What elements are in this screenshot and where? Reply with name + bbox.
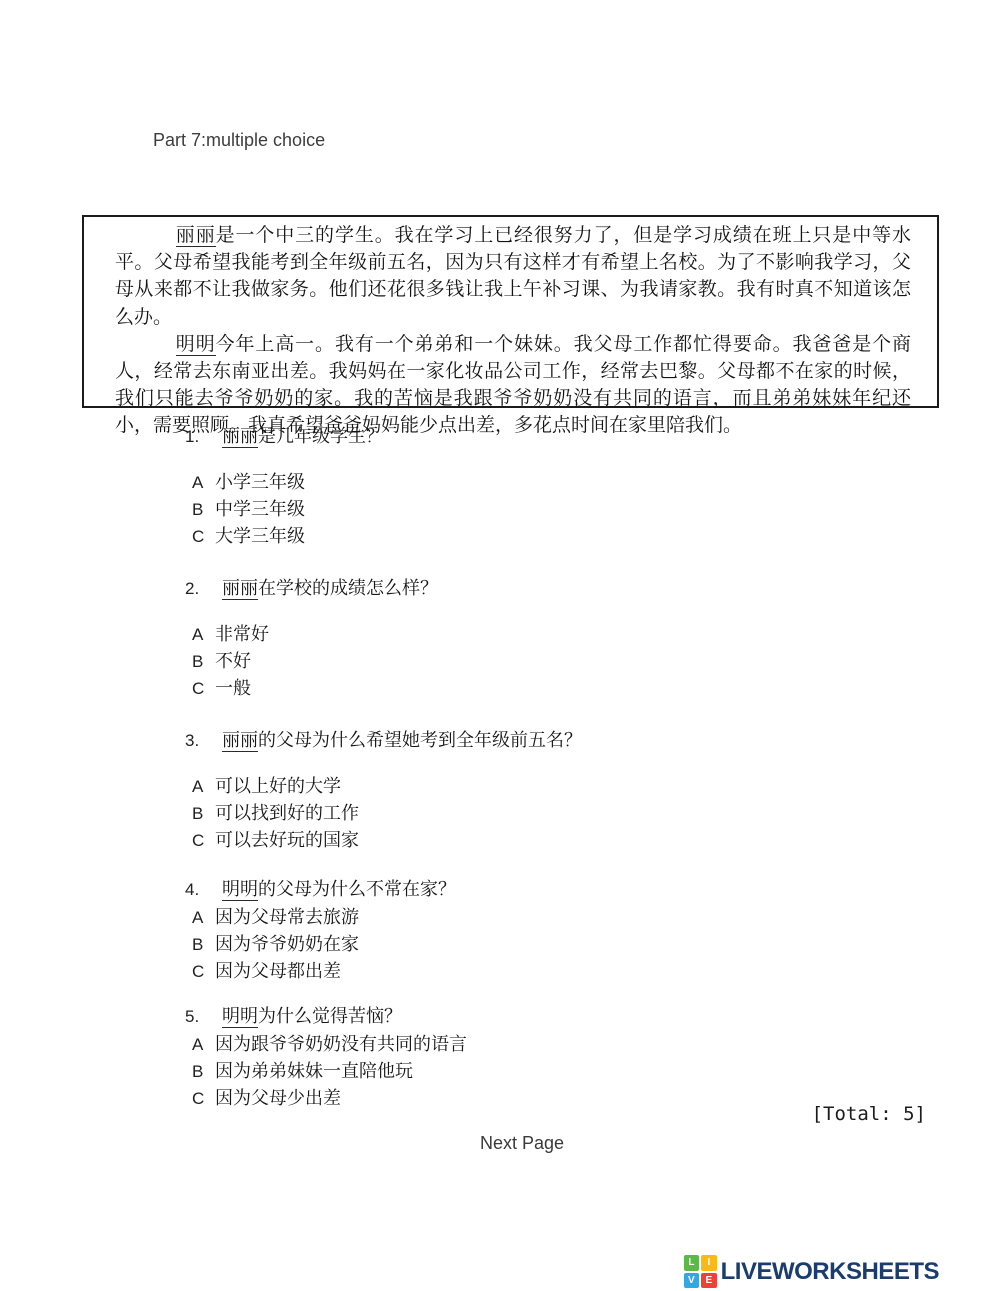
passage-name-lili: 丽丽	[176, 224, 216, 247]
question-4-option-a[interactable]: A 因为父母常去旅游	[192, 904, 825, 931]
question-1-option-c[interactable]: C 大学三年级	[192, 523, 825, 550]
question-3-number: 3.	[185, 728, 222, 754]
logo-square-v: V	[684, 1273, 700, 1289]
liveworksheets-logo[interactable]: L I V E LIVEWORKSHEETS	[684, 1255, 939, 1288]
page-title: Part 7:multiple choice	[153, 130, 325, 151]
next-page-link[interactable]: Next Page	[0, 1133, 1000, 1154]
question-5-number: 5.	[185, 1004, 222, 1030]
question-5-option-a[interactable]: A 因为跟爷爷奶奶没有共同的语言	[192, 1031, 825, 1058]
question-5-option-b[interactable]: B 因为弟弟妹妹一直陪他玩	[192, 1058, 825, 1085]
question-2-option-c[interactable]: C 一般	[192, 675, 825, 702]
question-3-option-c[interactable]: C 可以去好玩的国家	[192, 827, 825, 854]
question-1-option-b[interactable]: B 中学三年级	[192, 496, 825, 523]
liveworksheets-logo-text: LIVEWORKSHEETS	[721, 1258, 939, 1286]
question-2-text: 2. 丽丽在学校的成绩怎么样？	[185, 576, 825, 602]
total-marks-label: [Total: 5]	[812, 1103, 926, 1125]
question-1-number: 1.	[185, 424, 222, 450]
question-3-text: 3. 丽丽的父母为什么希望她考到全年级前五名？	[185, 728, 825, 754]
question-4-text: 4. 明明的父母为什么不常在家？	[185, 877, 825, 903]
logo-square-i: I	[701, 1255, 717, 1271]
question-5: 5. 明明为什么觉得苦恼？ A 因为跟爷爷奶奶没有共同的语言 B 因为弟弟妹妹一…	[185, 1004, 825, 1112]
question-4: 4. 明明的父母为什么不常在家？ A 因为父母常去旅游 B 因为爷爷奶奶在家 C…	[185, 877, 825, 985]
question-2: 2. 丽丽在学校的成绩怎么样？ A 非常好 B 不好 C 一般	[185, 576, 825, 702]
question-1-text: 1. 丽丽是几年级学生？	[185, 424, 825, 450]
question-4-option-c[interactable]: C 因为父母都出差	[192, 958, 825, 985]
question-3-option-a[interactable]: A 可以上好的大学	[192, 773, 825, 800]
question-3-option-b[interactable]: B 可以找到好的工作	[192, 800, 825, 827]
liveworksheets-logo-icon: L I V E	[684, 1255, 717, 1288]
question-3: 3. 丽丽的父母为什么希望她考到全年级前五名？ A 可以上好的大学 B 可以找到…	[185, 728, 825, 854]
question-2-option-a[interactable]: A 非常好	[192, 621, 825, 648]
question-2-option-b[interactable]: B 不好	[192, 648, 825, 675]
logo-square-e: E	[701, 1273, 717, 1289]
passage-name-mingming: 明明	[176, 333, 216, 356]
question-4-option-b[interactable]: B 因为爷爷奶奶在家	[192, 931, 825, 958]
question-2-number: 2.	[185, 576, 222, 602]
reading-passage-box: 丽丽是一个中三的学生。我在学习上已经很努力了，但是学习成绩在班上只是中等水平。父…	[82, 215, 939, 408]
question-1-option-a[interactable]: A 小学三年级	[192, 469, 825, 496]
question-5-option-c[interactable]: C 因为父母少出差	[192, 1085, 825, 1112]
logo-square-l: L	[684, 1255, 700, 1271]
question-5-text: 5. 明明为什么觉得苦恼？	[185, 1004, 825, 1030]
passage-paragraph-1: 丽丽是一个中三的学生。我在学习上已经很努力了，但是学习成绩在班上只是中等水平。父…	[115, 222, 911, 331]
question-4-number: 4.	[185, 877, 222, 903]
question-1: 1. 丽丽是几年级学生？ A 小学三年级 B 中学三年级 C 大学三年级	[185, 424, 825, 550]
